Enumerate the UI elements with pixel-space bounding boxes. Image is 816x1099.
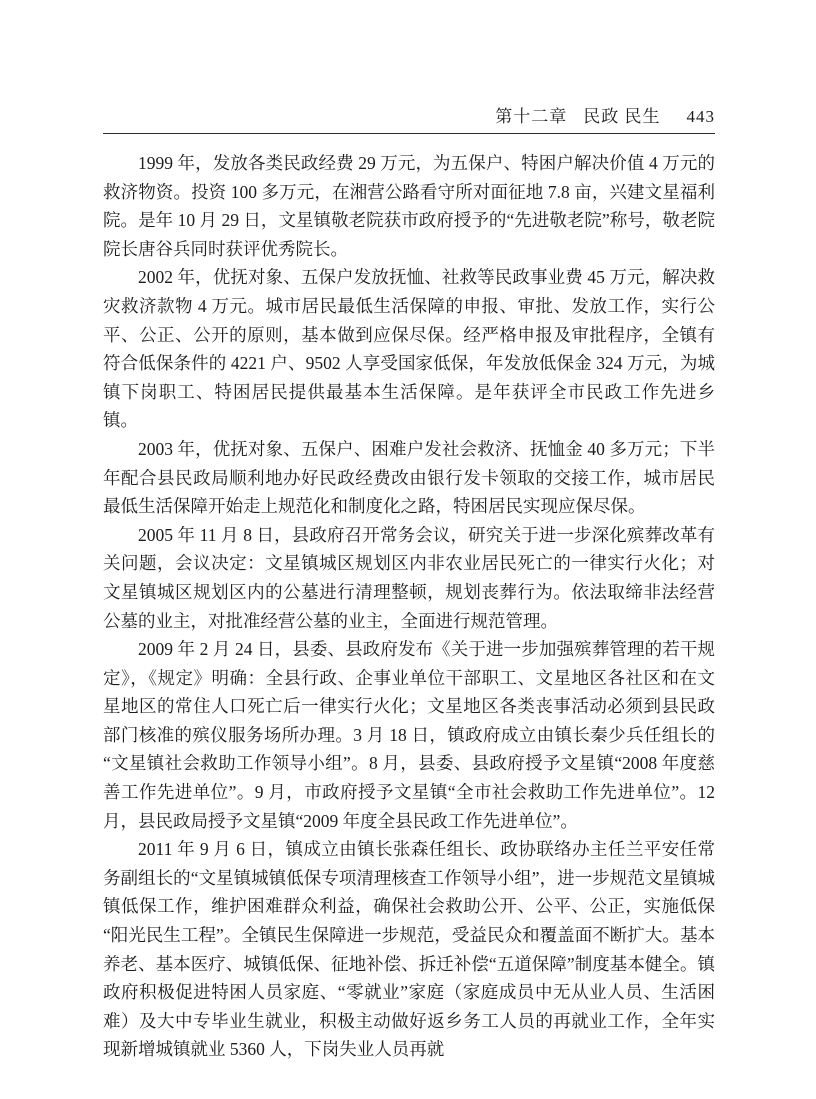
running-head: 第十二章民政 民生443 [103,106,715,133]
page-content: 第十二章民政 民生443 1999 年，发放各类民政经费 29 万元，为五保户、… [103,106,715,1064]
document-page: 第十二章民政 民生443 1999 年，发放各类民政经费 29 万元，为五保户、… [0,0,816,1099]
chapter-title: 第十二章 [495,107,567,126]
page-number: 443 [687,107,716,126]
page-body: 1999 年，发放各类民政经费 29 万元，为五保户、特困户解决价值 4 万元的… [103,149,715,1064]
paragraph-1999: 1999 年，发放各类民政经费 29 万元，为五保户、特困户解决价值 4 万元的… [103,149,715,263]
paragraph-2002: 2002 年，优抚对象、五保户发放抚恤、社救等民政事业费 45 万元，解决救灾救… [103,263,715,435]
paragraph-2009: 2009 年 2 月 24 日，县委、县政府发布《关于进一步加强殡葬管理的若干规… [103,635,715,835]
paragraph-2003: 2003 年，优抚对象、五保户、困难户发社会救济、抚恤金 40 多万元；下半年配… [103,435,715,521]
paragraph-2011: 2011 年 9 月 6 日，镇成立由镇长张森任组长、政协联络办主任兰平安任常务… [103,835,715,1064]
section-title: 民政 民生 [583,107,660,126]
header-rule [103,133,715,134]
page-header: 第十二章民政 民生443 [103,106,715,134]
paragraph-2005: 2005 年 11 月 8 日，县政府召开常务会议，研究关于进一步深化殡葬改革有… [103,521,715,635]
